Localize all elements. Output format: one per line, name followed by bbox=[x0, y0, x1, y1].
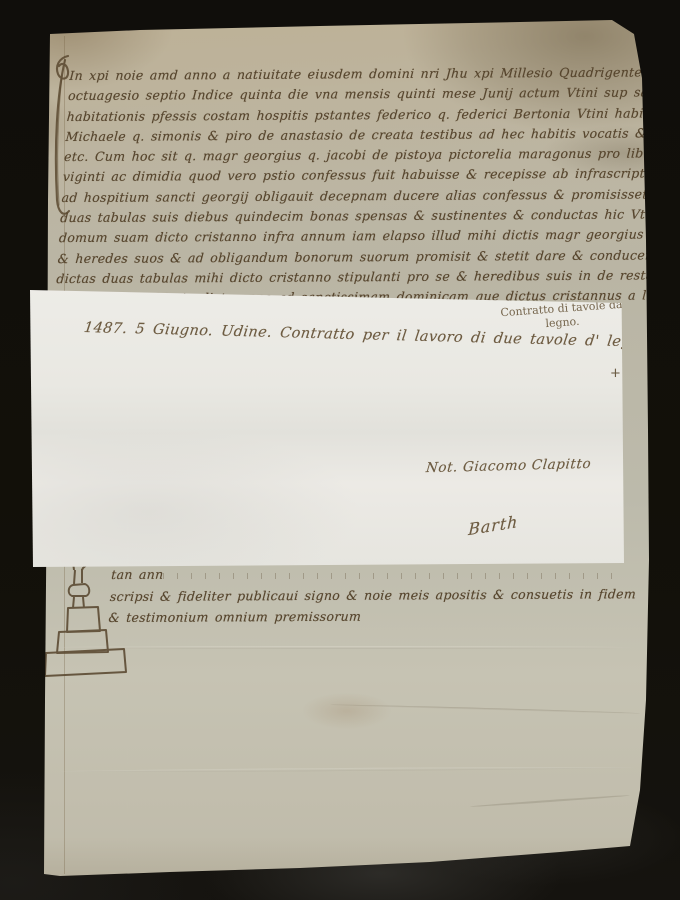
cross-mark: + bbox=[610, 366, 621, 381]
closing-clause-block: tan ann scripsi & fideliter publicaui si… bbox=[108, 561, 652, 628]
manuscript-text-block: In xpi noie amd anno a natiuitate eiusde… bbox=[54, 62, 645, 309]
fold-crease bbox=[330, 704, 640, 715]
notary-attribution-note: Not. Giacomo Clapitto bbox=[425, 456, 592, 476]
fold-crease bbox=[50, 646, 635, 649]
fold-crease bbox=[470, 794, 630, 807]
photo-of-parchment-document: In xpi noie amd anno a natiuitate eiusde… bbox=[0, 0, 680, 900]
secondary-signature-mark: Barth bbox=[468, 512, 519, 539]
manuscript-line: & testimonium omnium premissorum bbox=[108, 604, 649, 628]
fold-crease bbox=[60, 766, 635, 773]
archivist-paper-slip: 1487. 5 Giugno. Udine. Contratto per il … bbox=[30, 286, 624, 568]
manuscript-line: scripsi & fideliter publicaui signo & no… bbox=[109, 583, 650, 607]
